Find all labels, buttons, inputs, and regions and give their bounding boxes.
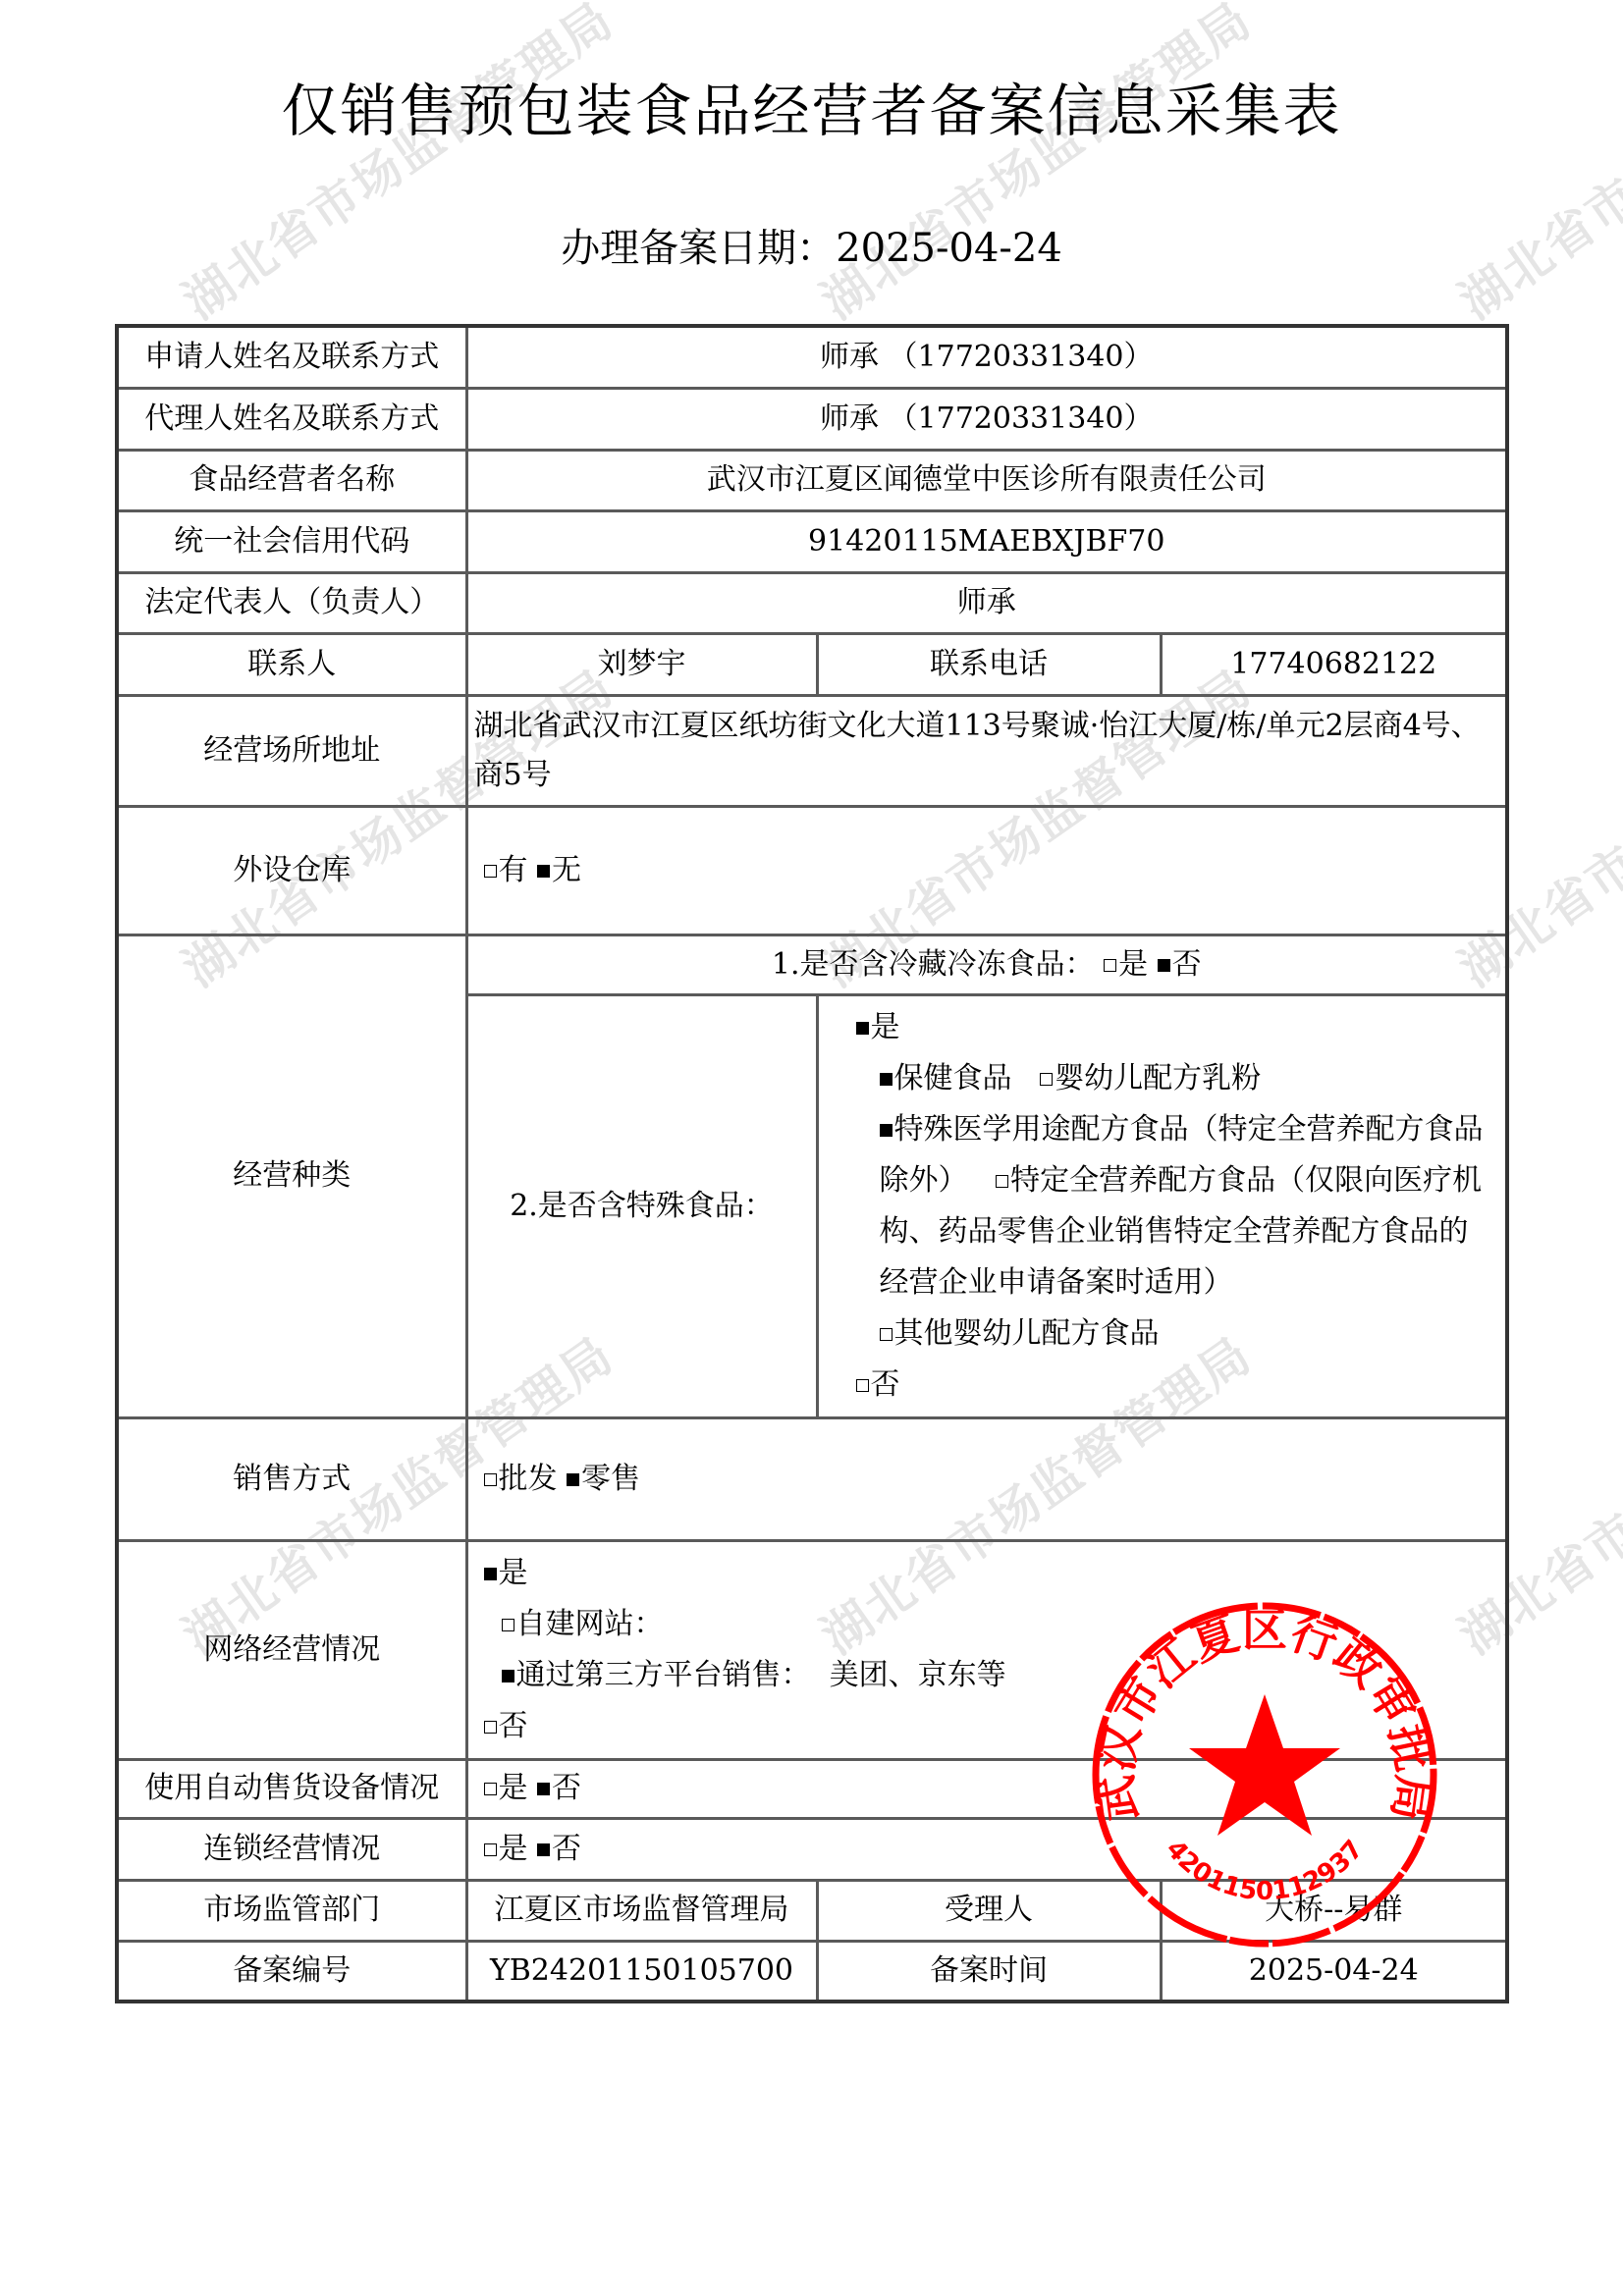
option-label: 是 — [499, 1556, 528, 1590]
sales-option-wholesale[interactable]: 批发 — [484, 1462, 558, 1496]
option-label: 是 — [1118, 947, 1148, 982]
special-food-question: 2.是否含特殊食品： — [466, 994, 817, 1417]
checkbox-checked-icon[interactable] — [537, 1843, 550, 1856]
applicant-value: 师承 （17720331340） — [466, 326, 1507, 388]
handler-label: 受理人 — [817, 1880, 1161, 1941]
credit-code-value: 91420115MAEBXJBF70 — [466, 510, 1507, 572]
third-party-platforms: 美团、京东等 — [830, 1658, 1006, 1692]
checkbox-checked-icon[interactable] — [1158, 959, 1170, 972]
regulator-label: 市场监管部门 — [117, 1880, 466, 1941]
filing-date-label: 办理备案日期： — [561, 226, 836, 271]
chain-option-yes[interactable]: 是 — [484, 1832, 528, 1866]
item-other-infant[interactable]: 其他婴幼儿配方食品 — [856, 1308, 1498, 1360]
row-warehouse: 外设仓库 有 无 — [117, 806, 1507, 934]
row-operator-name: 食品经营者名称 武汉市江夏区闻德堂中医诊所有限责任公司 — [117, 450, 1507, 510]
option-label: 无 — [552, 853, 581, 887]
cold-chain-text: 1.是否含冷藏冷冻食品： — [772, 947, 1095, 982]
chain-label: 连锁经营情况 — [117, 1818, 466, 1880]
checkbox-unchecked-icon[interactable] — [484, 1721, 497, 1734]
online-label: 网络经营情况 — [117, 1540, 466, 1759]
cold-chain-question: 1.是否含冷藏冷冻食品： 是 否 — [466, 934, 1507, 994]
checkbox-unchecked-icon[interactable] — [484, 1473, 497, 1486]
vending-options: 是 否 — [466, 1759, 1507, 1818]
option-label: 批发 — [499, 1462, 558, 1496]
record-label: 备案编号 — [117, 1941, 466, 2002]
option-label: 是 — [499, 1832, 528, 1866]
online-third-party[interactable]: 通过第三方平台销售： 美团、京东等 — [484, 1650, 1500, 1701]
online-no[interactable]: 否 — [484, 1701, 1500, 1752]
row-online: 网络经营情况 是 自建网站： 通过第三方平台销售： 美团、京东等 否 — [117, 1540, 1507, 1759]
record-number: YB24201150105700 — [466, 1941, 817, 2002]
checkbox-unchecked-icon[interactable] — [996, 1175, 1008, 1188]
record-time-label: 备案时间 — [817, 1941, 1161, 2002]
checkbox-unchecked-icon[interactable] — [502, 1619, 514, 1631]
row-record: 备案编号 YB24201150105700 备案时间 2025-04-24 — [117, 1941, 1507, 2002]
row-contact: 联系人 刘梦宇 联系电话 17740682122 — [117, 633, 1507, 695]
agent-label: 代理人姓名及联系方式 — [117, 388, 466, 450]
vending-option-yes[interactable]: 是 — [484, 1771, 528, 1805]
option-label: 否 — [499, 1709, 528, 1743]
row-agent: 代理人姓名及联系方式 师承 （17720331340） — [117, 388, 1507, 450]
sales-method-label: 销售方式 — [117, 1417, 466, 1540]
checkbox-checked-icon[interactable] — [567, 1473, 579, 1486]
row-chain: 连锁经营情况 是 否 — [117, 1818, 1507, 1880]
business-type-label: 经营种类 — [117, 934, 466, 1417]
agent-value: 师承 （17720331340） — [466, 388, 1507, 450]
option-label: 通过第三方平台销售： — [516, 1658, 811, 1692]
row-applicant: 申请人姓名及联系方式 师承 （17720331340） — [117, 326, 1507, 388]
regulator-value: 江夏区市场监督管理局 — [466, 1880, 817, 1941]
option-label: 是 — [871, 1010, 900, 1044]
special-food-yes[interactable]: 是 — [856, 1002, 1498, 1053]
checkbox-unchecked-icon[interactable] — [880, 1328, 893, 1341]
document-title: 仅销售预包装食品经营者备案信息采集表 — [0, 77, 1623, 145]
cold-chain-option-yes[interactable]: 是 — [1104, 947, 1148, 982]
option-label: 特定全营养配方食品（仅限向医疗机构、药品零售企业销售特定全营养配方食品的经营企业… — [880, 1163, 1483, 1300]
record-time-value: 2025-04-24 — [1161, 1941, 1507, 2002]
row-business-type-q1: 经营种类 1.是否含冷藏冷冻食品： 是 否 — [117, 934, 1507, 994]
address-value: 湖北省武汉市江夏区纸坊街文化大道113号聚诚·怡江大厦/栋/单元2层商4号、商5… — [466, 695, 1507, 806]
credit-code-label: 统一社会信用代码 — [117, 510, 466, 572]
checkbox-unchecked-icon[interactable] — [484, 1783, 497, 1795]
checkbox-unchecked-icon[interactable] — [1104, 959, 1116, 972]
legal-rep-label: 法定代表人（负责人） — [117, 572, 466, 633]
checkbox-unchecked-icon[interactable] — [856, 1379, 869, 1392]
option-label: 婴幼儿配方乳粉 — [1055, 1061, 1261, 1095]
row-address: 经营场所地址 湖北省武汉市江夏区纸坊街文化大道113号聚诚·怡江大厦/栋/单元2… — [117, 695, 1507, 806]
checkbox-checked-icon[interactable] — [856, 1022, 869, 1035]
checkbox-unchecked-icon[interactable] — [1040, 1073, 1053, 1086]
row-legal-rep: 法定代表人（负责人） 师承 — [117, 572, 1507, 633]
watermark: 湖北省市场监督管理局 — [1443, 0, 1623, 333]
item-infant-formula[interactable]: 婴幼儿配方乳粉 — [1040, 1061, 1261, 1095]
vending-option-no[interactable]: 否 — [537, 1771, 581, 1805]
operator-name-label: 食品经营者名称 — [117, 450, 466, 510]
sales-method-options: 批发 零售 — [466, 1417, 1507, 1540]
warehouse-options: 有 无 — [466, 806, 1507, 934]
option-label: 自建网站： — [516, 1607, 664, 1641]
address-label: 经营场所地址 — [117, 695, 466, 806]
row-sales-method: 销售方式 批发 零售 — [117, 1417, 1507, 1540]
option-label: 有 — [499, 853, 528, 887]
operator-name-value: 武汉市江夏区闻德堂中医诊所有限责任公司 — [466, 450, 1507, 510]
option-label: 零售 — [581, 1462, 640, 1496]
option-label: 否 — [552, 1832, 581, 1866]
checkbox-checked-icon[interactable] — [880, 1073, 893, 1086]
warehouse-label: 外设仓库 — [117, 806, 466, 934]
online-options: 是 自建网站： 通过第三方平台销售： 美团、京东等 否 — [466, 1540, 1507, 1759]
checkbox-unchecked-icon[interactable] — [484, 1843, 497, 1856]
special-food-items-row2: 特殊医学用途配方食品（特定全营养配方食品除外） 特定全营养配方食品（仅限向医疗机… — [856, 1104, 1498, 1308]
row-regulator: 市场监管部门 江夏区市场监督管理局 受理人 大桥--易群 — [117, 1880, 1507, 1941]
vending-label: 使用自动售货设备情况 — [117, 1759, 466, 1818]
row-vending: 使用自动售货设备情况 是 否 — [117, 1759, 1507, 1818]
filing-form-table: 申请人姓名及联系方式 师承 （17720331340） 代理人姓名及联系方式 师… — [115, 324, 1509, 2003]
option-label: 保健食品 — [894, 1061, 1012, 1095]
watermark: 湖北省市场监督管理局 — [805, 0, 1264, 333]
sales-option-retail[interactable]: 零售 — [567, 1462, 640, 1496]
option-label: 否 — [552, 1771, 581, 1805]
watermark: 湖北省市场监督管理局 — [167, 0, 625, 333]
cold-chain-option-no[interactable]: 否 — [1158, 947, 1202, 982]
online-yes[interactable]: 是 — [484, 1548, 1500, 1599]
filing-date-value: 2025-04-24 — [836, 226, 1062, 271]
item-health-food[interactable]: 保健食品 — [880, 1061, 1012, 1095]
filing-date: 办理备案日期：2025-04-24 — [0, 224, 1623, 273]
option-label: 其他婴幼儿配方食品 — [894, 1316, 1160, 1351]
row-credit-code: 统一社会信用代码 91420115MAEBXJBF70 — [117, 510, 1507, 572]
checkbox-unchecked-icon[interactable] — [484, 865, 497, 878]
applicant-label: 申请人姓名及联系方式 — [117, 326, 466, 388]
special-food-items-row1: 保健食品 婴幼儿配方乳粉 — [856, 1053, 1498, 1104]
option-label: 否 — [871, 1367, 900, 1402]
checkbox-checked-icon[interactable] — [537, 865, 550, 878]
online-self-site[interactable]: 自建网站： — [484, 1599, 1500, 1650]
legal-rep-value: 师承 — [466, 572, 1507, 633]
checkbox-checked-icon[interactable] — [502, 1670, 514, 1682]
option-label: 否 — [1172, 947, 1202, 982]
warehouse-option-yes[interactable]: 有 — [484, 853, 528, 887]
option-label: 是 — [499, 1771, 528, 1805]
special-food-no[interactable]: 否 — [856, 1360, 1498, 1411]
contact-value: 刘梦宇 — [466, 633, 817, 695]
item-full-nutrition[interactable]: 特定全营养配方食品（仅限向医疗机构、药品零售企业销售特定全营养配方食品的经营企业… — [880, 1163, 1483, 1300]
checkbox-checked-icon[interactable] — [880, 1124, 893, 1137]
warehouse-option-no[interactable]: 无 — [537, 853, 581, 887]
contact-phone-value: 17740682122 — [1161, 633, 1507, 695]
checkbox-checked-icon[interactable] — [537, 1783, 550, 1795]
contact-phone-label: 联系电话 — [817, 633, 1161, 695]
handler-value: 大桥--易群 — [1161, 1880, 1507, 1941]
checkbox-checked-icon[interactable] — [484, 1568, 497, 1580]
chain-options: 是 否 — [466, 1818, 1507, 1880]
chain-option-no[interactable]: 否 — [537, 1832, 581, 1866]
special-food-options: 是 保健食品 婴幼儿配方乳粉 特殊医学用途配方食品（特定全营养配方食品除外） 特… — [817, 994, 1507, 1417]
contact-label: 联系人 — [117, 633, 466, 695]
